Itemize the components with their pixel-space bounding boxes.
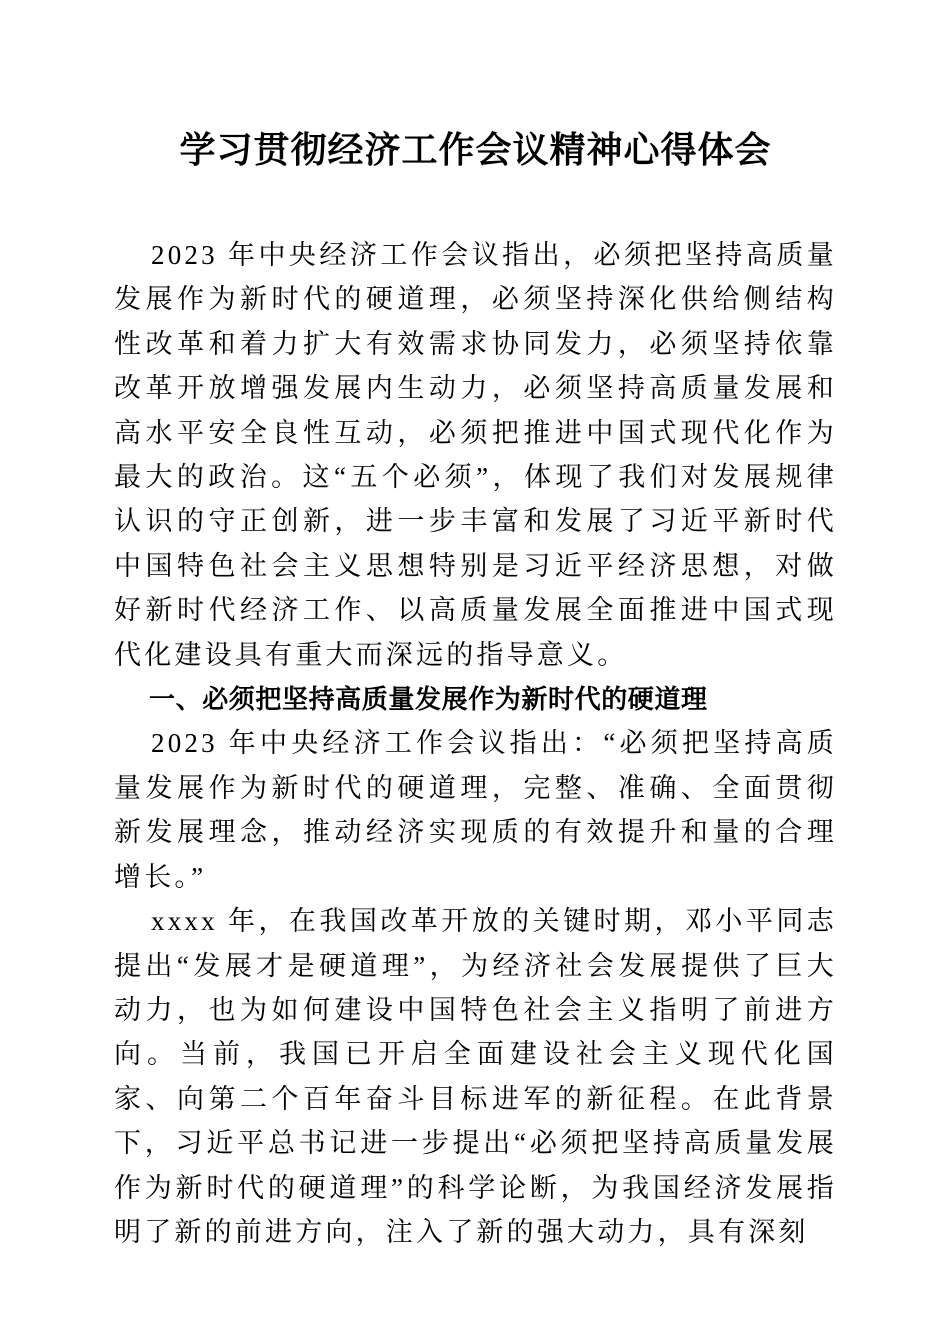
document-title: 学习贯彻经济工作会议精神心得体会 [114,122,837,178]
document-body: 2023 年中央经济工作会议指出，必须把坚持高质量发展作为新时代的硬道理，必须坚… [114,233,837,1254]
body-paragraph: xxxx 年，在我国改革开放的关键时期，邓小平同志提出“发展才是硬道理”，为经济… [114,899,837,1254]
body-paragraph: 2023 年中央经济工作会议指出：“必须把坚持高质量发展作为新时代的硬道理，完整… [114,721,837,899]
section-heading: 一、必须把坚持高质量发展作为新时代的硬道理 [114,677,837,721]
document-page: 学习贯彻经济工作会议精神心得体会 2023 年中央经济工作会议指出，必须把坚持高… [0,0,950,1344]
body-paragraph: 2023 年中央经济工作会议指出，必须把坚持高质量发展作为新时代的硬道理，必须坚… [114,233,837,677]
